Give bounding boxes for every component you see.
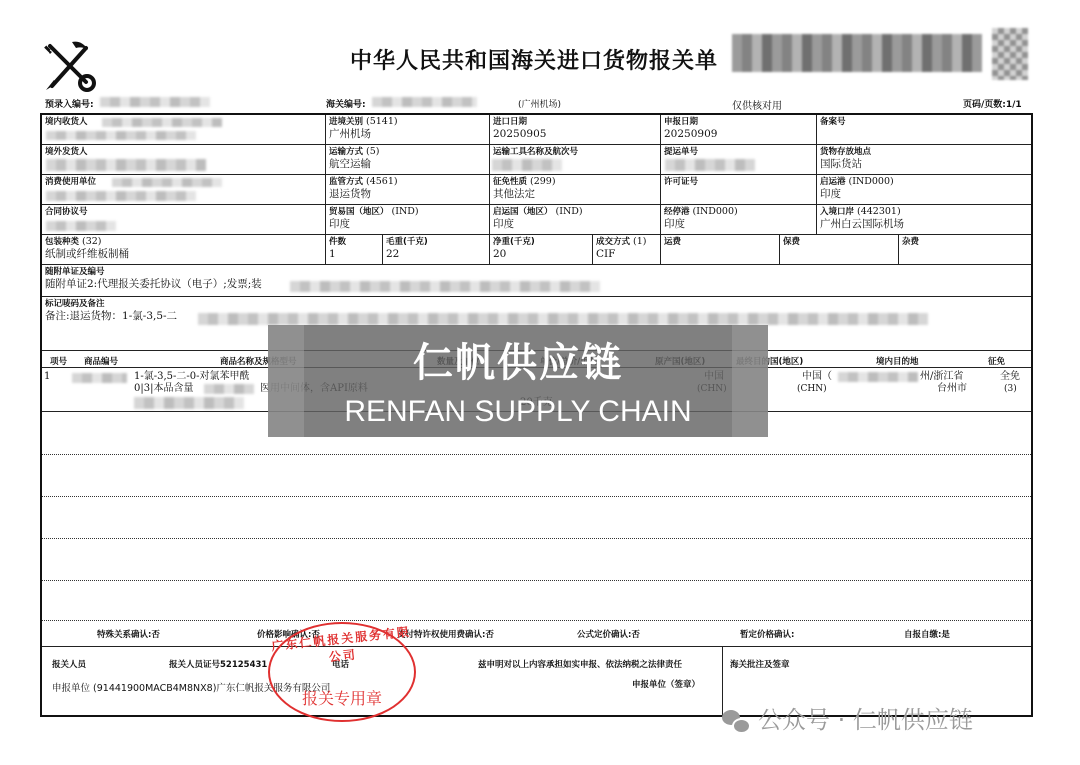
declarant-cert: 报关人员证号52125431 [169,659,267,671]
document-title: 中华人民共和国海关进口货物报关单 [350,44,718,75]
declaring-unit-sign: 申报单位（签章） [632,679,700,691]
provisional-price-confirm: 暂定价格确认: [740,629,794,641]
levy-nature-cell: 征免性质 (299) 其他法定 [490,175,661,205]
package-type-cell: 包装种类 (32) 纸制或纤维板制桶 [42,235,326,265]
redacted-pre-entry-no [100,97,210,107]
vehicle-cell: 运输工具名称及航次号 [490,145,661,175]
import-date-cell: 进口日期 20250905 [490,115,661,145]
pre-entry-label: 预录入编号: [45,97,94,110]
legal-statement: 兹申明对以上内容承担如实申报、依法纳税之法律责任 [478,659,682,671]
customs-no-label: 海关编号: [326,97,366,110]
consumer-cell: 消费使用单位 [42,175,326,205]
company-seal-stamp: 广东仁帆报关服务有限公司 报关专用章 [268,622,416,722]
wechat-icon [722,710,748,732]
redacted-customs-no [372,97,477,107]
freight-cell: 运费 [661,235,780,265]
origin-country-cell: 启运国（地区） (IND) 印度 [490,205,661,235]
net-weight-cell: 净重(千克) 20 [490,235,593,265]
trade-terms-cell: 成交方式 (1) CIF [593,235,661,265]
col-hs-code: 商品编号 [84,355,118,367]
insurance-cell: 保费 [780,235,899,265]
license-cell: 许可证号 [661,175,817,205]
col-item-no: 项号 [50,355,67,367]
formula-pricing-confirm: 公式定价确认:否 [577,629,640,641]
gross-weight-cell: 毛重(千克) 22 [383,235,490,265]
page-info: 页码/页数:1/1 [963,97,1022,110]
record-no-cell: 备案号 [817,115,1031,145]
wechat-account-watermark: 公众号 · 仁帆供应链 [722,700,973,735]
departure-port-cell: 启运港 (IND000) 印度 [817,175,1031,205]
entry-port-cell: 进境关别 (5141) 广州机场 [326,115,490,145]
contract-cell: 合同协议号 [42,205,326,235]
col-domestic-destination: 境内目的地 [876,355,919,367]
customs-emblem-icon [40,38,102,94]
transport-mode-cell: 运输方式 (5) 航空运输 [326,145,490,175]
customs-location: (广州机场) [518,97,561,110]
stop-port-cell: 经停港 (IND000) 印度 [661,205,817,235]
declare-date-cell: 申报日期 20250909 [661,115,817,145]
for-check-label: 仅供核对用 [732,97,782,112]
redacted-qr-code [992,28,1028,80]
pieces-cell: 件数 1 [326,235,383,265]
attached-docs-cell: 随附单证及编号 随附单证2:代理报关委托协议（电子）;发票;装 [42,265,1031,297]
col-levy: 征免 [988,355,1005,367]
bill-no-cell: 提运单号 [661,145,817,175]
brand-watermark: 仁帆供应链 RENFAN SUPPLY CHAIN [268,325,768,437]
customs-notes-label: 海关批注及签章 [730,659,790,671]
overseas-shipper-cell: 境外发货人 [42,145,326,175]
supervision-cell: 监管方式 (4561) 退运货物 [326,175,490,205]
self-tax-confirm: 自报自缴:是 [904,629,950,641]
misc-fees-cell: 杂费 [899,235,1031,265]
redacted-barcode [732,34,982,72]
entry-point-cell: 入境口岸 (442301) 广州白云国际机场 [817,205,1031,235]
special-relation-confirm: 特殊关系确认:否 [97,629,160,641]
consignee-cell: 境内收货人 [42,115,326,145]
storage-cell: 货物存放地点 国际货站 [817,145,1031,175]
trade-country-cell: 贸易国（地区） (IND) 印度 [326,205,490,235]
declarant-label: 报关人员 [52,659,86,671]
